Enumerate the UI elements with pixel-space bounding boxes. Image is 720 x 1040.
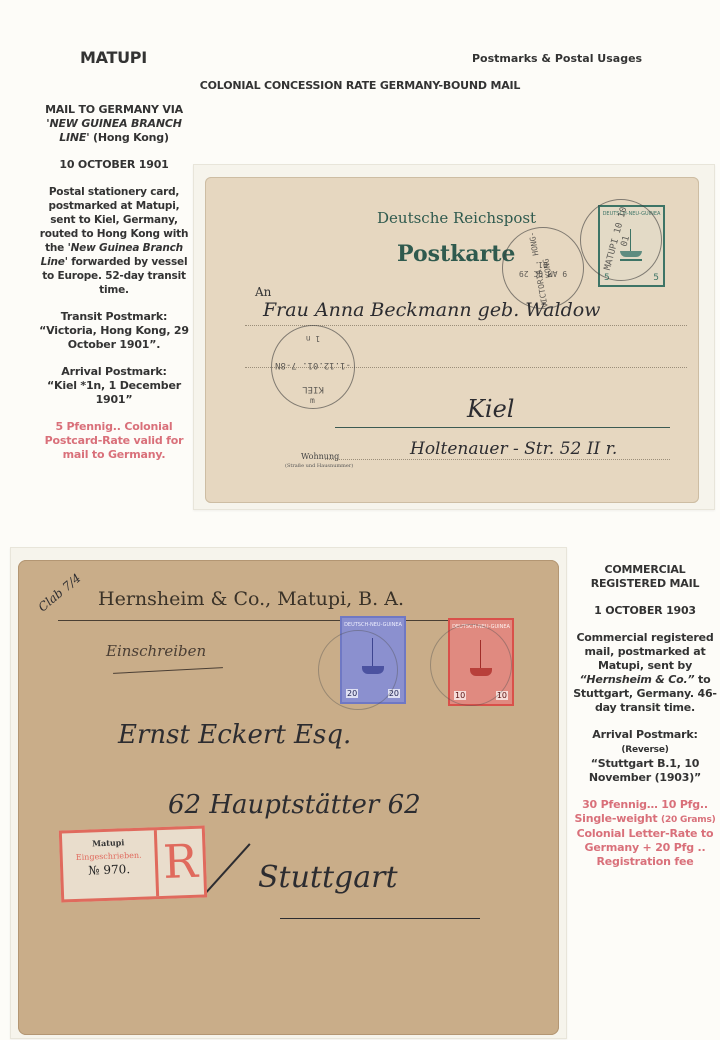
item1-transit: Transit Postmark: “Victoria, Hong Kong, … xyxy=(38,310,190,352)
letterhead-rule xyxy=(58,620,478,621)
page-subtitle: COLONIAL CONCESSION RATE GERMANY-BOUND M… xyxy=(0,79,720,92)
item1-description: MAIL TO GERMANY VIA 'NEW GUINEA BRANCH L… xyxy=(38,103,190,475)
page-title: MATUPI xyxy=(80,48,147,67)
item2-arrival: Arrival Postmark: (Reverse) “Stuttgart B… xyxy=(570,728,720,785)
transit-postmark: VICTORIA · HONG-KONG 9 AM OC 29 01 xyxy=(502,227,584,309)
origin-postmark: MATUPI 10 10 01 xyxy=(580,199,662,281)
address-line-3 xyxy=(325,459,670,460)
card-street: Holtenauer - Str. 52 II r. xyxy=(410,439,617,459)
envelope: Hernsheim & Co., Matupi, B. A. Clab 7/4 … xyxy=(18,560,559,1035)
section-title: Postmarks & Postal Usages xyxy=(472,52,642,65)
reg-office: Matupi xyxy=(62,836,154,849)
stamp1-postmark xyxy=(318,630,398,710)
card-header: Deutsche Reichspost xyxy=(377,209,536,227)
reg-letter: R xyxy=(157,831,204,893)
item1-body: Postal stationery card, postmarked at Ma… xyxy=(38,185,190,297)
item2-body: Commercial registered mail, postmarked a… xyxy=(570,631,720,715)
envelope-addressee: Ernst Eckert Esq. xyxy=(118,720,351,750)
item2-rate-note: 30 Pfennig… 10 Pfg.. Single-weight (20 G… xyxy=(570,798,720,869)
item2-date: 1 OCTOBER 1903 xyxy=(570,604,720,618)
reg-number: № 970. xyxy=(63,861,155,878)
wohnung-sub: (Straße und Hausnummer) xyxy=(285,463,353,469)
registration-label: Matupi Eingeschrieben. № 970. R xyxy=(59,825,207,902)
item2-description: COMMERCIAL REGISTERED MAIL 1 OCTOBER 190… xyxy=(570,563,720,882)
item1-date: 10 OCTOBER 1901 xyxy=(38,158,190,172)
city-underline xyxy=(335,427,670,428)
pen-stroke xyxy=(202,843,250,896)
card-type: Postkarte xyxy=(397,241,515,267)
stamp2-postmark xyxy=(430,624,512,706)
envelope-street: 62 Hauptstätter 62 xyxy=(168,790,421,820)
card-city: Kiel xyxy=(467,395,514,423)
margin-note: Clab 7/4 xyxy=(36,571,84,614)
item1-arrival: Arrival Postmark: “Kiel *1n, 1 December … xyxy=(38,365,190,407)
arrival-postmark: 1 n -1.12.01. 7-8N KIEL m xyxy=(271,325,355,409)
postcard: Deutsche Reichspost Postkarte An Frau An… xyxy=(205,177,699,503)
envelope-letterhead: Hernsheim & Co., Matupi, B. A. xyxy=(98,588,404,610)
einschreiben-underline xyxy=(113,667,223,674)
reg-text: Eingeschrieben. xyxy=(63,850,155,862)
envelope-city: Stuttgart xyxy=(258,860,398,895)
einschreiben-note: Einschreiben xyxy=(106,642,206,660)
item1-heading: MAIL TO GERMANY VIA 'NEW GUINEA BRANCH L… xyxy=(38,103,190,145)
item2-heading: COMMERCIAL REGISTERED MAIL xyxy=(570,563,720,591)
city-underline xyxy=(280,918,480,919)
card-an: An xyxy=(255,285,271,299)
wohnung-label: Wohnung xyxy=(301,452,339,461)
item1-rate-note: 5 Pfennig.. Colonial Postcard-Rate valid… xyxy=(38,420,190,462)
